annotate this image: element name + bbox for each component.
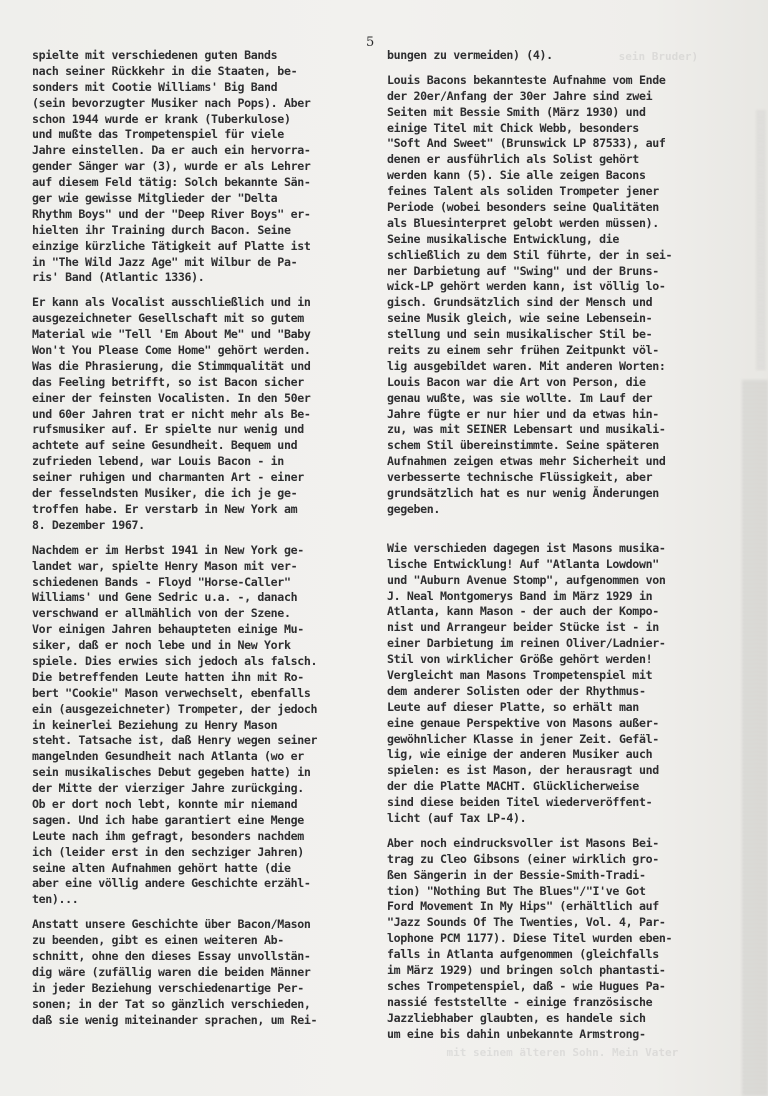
text-line: dig wäre (zufällig waren die beiden Männ… <box>32 965 372 981</box>
text-line: schnitt, ohne den dieses Essay unvollstä… <box>32 949 372 965</box>
paragraph: Anstatt unsere Geschichte über Bacon/Mas… <box>32 917 372 1028</box>
text-line: gisch. Grundsätzlich sind der Mensch und <box>387 295 727 311</box>
text-line: einer Darbietung im reinen Oliver/Ladnie… <box>387 636 727 652</box>
paragraph: spielte mit verschiedenen guten Bandsnac… <box>32 48 372 286</box>
text-line: der 20er/Anfang der 30er Jahre sind zwei <box>387 89 727 105</box>
text-line: Jahre fügte er nur hier und da etwas hin… <box>387 407 727 423</box>
text-line: im März 1929) und bringen solch phantast… <box>387 963 727 979</box>
text-line: siker, daß er noch lebe und in New York <box>32 638 372 654</box>
text-line: eine genaue Perspektive von Masons außer… <box>387 716 727 732</box>
text-line: rufsmusiker auf. Er spielte nur wenig un… <box>32 422 372 438</box>
text-line: reits zu einem sehr frühen Zeitpunkt völ… <box>387 343 727 359</box>
text-line: nach seiner Rückkehr in die Staaten, be- <box>32 64 372 80</box>
text-line: Louis Bacons bekannteste Aufnahme vom En… <box>387 73 727 89</box>
text-line: Won't You Please Come Home" gehört werde… <box>32 343 372 359</box>
text-line: ner Darbietung auf "Swing" und der Bruns… <box>387 264 727 280</box>
text-line: Seiten mit Bessie Smith (März 1930) und <box>387 105 727 121</box>
text-line: Aufnahmen zeigen etwas mehr Sicherheit u… <box>387 454 727 470</box>
text-line: denen er ausführlich als Solist gehört <box>387 152 727 168</box>
text-line: licht (auf Tax LP-4). <box>387 811 727 827</box>
text-line: Aber noch eindrucksvoller ist Masons Bei… <box>387 836 727 852</box>
text-line: werden kann (5). Sie alle zeigen Bacons <box>387 168 727 184</box>
text-line: achtete auf seine Gesundheit. Bequem und <box>32 438 372 454</box>
text-line: schem Stil übereinstimmte. Seine spätere… <box>387 438 727 454</box>
text-line: in jeder Beziehung verschiedenartige Per… <box>32 981 372 997</box>
text-line: Williams' und Gene Sedric u.a. -, danach <box>32 590 372 606</box>
text-line: spielte mit verschiedenen guten Bands <box>32 48 372 64</box>
text-line: der Mitte der vierziger Jahre zurückging… <box>32 781 372 797</box>
text-line: um eine bis dahin unbekannte Armstrong- <box>387 1027 727 1043</box>
text-line: Material wie "Tell 'Em About Me" und "Ba… <box>32 327 372 343</box>
text-line: ten)... <box>32 892 372 908</box>
text-line: seine Musik gleich, wie seine Lebensein- <box>387 311 727 327</box>
text-line: "Soft And Sweet" (Brunswick LP 87533), a… <box>387 136 727 152</box>
text-line: ausgezeichneter Gesellschaft mit so gute… <box>32 311 372 327</box>
text-line: sonen; in der Tat so gänzlich verschiede… <box>32 997 372 1013</box>
paragraph: bungen zu vermeiden) (4). <box>387 48 727 64</box>
text-line: "Jazz Sounds Of The Twenties, Vol. 4, Pa… <box>387 915 727 931</box>
text-line: Jahre einstellen. Da er auch ein hervorr… <box>32 143 372 159</box>
text-line: steht. Tatsache ist, daß Henry wegen sei… <box>32 733 372 749</box>
paragraph: Wie verschieden dagegen ist Masons musik… <box>387 541 727 827</box>
text-line: zufrieden lebend, war Louis Bacon - in <box>32 454 372 470</box>
text-line: lische Entwicklung! Auf "Atlanta Lowdown… <box>387 557 727 573</box>
text-line: seine alten Aufnahmen gehört hatte (die <box>32 861 372 877</box>
text-line: als Bluesinterpret gelobt werden müssen)… <box>387 216 727 232</box>
text-line: feines Talent als soliden Trompeter jene… <box>387 184 727 200</box>
text-line: (sein bevorzugter Musiker nach Pops). Ab… <box>32 96 372 112</box>
text-line: Die betreffenden Leute hatten ihn mit Ro… <box>32 670 372 686</box>
text-line: J. Neal Montgomerys Band im März 1929 in <box>387 589 727 605</box>
left-column: spielte mit verschiedenen guten Bandsnac… <box>32 48 372 1037</box>
text-line: troffen habe. Er verstarb in New York am <box>32 502 372 518</box>
text-line: sind diese beiden Titel wiederveröffent- <box>387 795 727 811</box>
text-line: grundsätzlich hat es nur wenig Änderunge… <box>387 486 727 502</box>
text-line: spiele. Dies erwies sich jedoch als fals… <box>32 654 372 670</box>
text-line: spielen: es ist Mason, der herausragt un… <box>387 763 727 779</box>
text-line: lig ausgebildet waren. Mit anderen Worte… <box>387 359 727 375</box>
text-line: verschwand er allmählich von der Szene. <box>32 606 372 622</box>
text-line: in "The Wild Jazz Age" mit Wilbur de Pa- <box>32 255 372 271</box>
text-line: ris' Band (Atlantic 1336). <box>32 270 372 286</box>
text-line: einzige kürzliche Tätigkeit auf Platte i… <box>32 239 372 255</box>
text-line: Er kann als Vocalist ausschließlich und … <box>32 295 372 311</box>
paragraph: Er kann als Vocalist ausschließlich und … <box>32 295 372 533</box>
text-line: verbesserte technische Flüssigkeit, aber <box>387 470 727 486</box>
text-line: der die Platte MACHT. Glücklicherweise <box>387 779 727 795</box>
text-line: sonders mit Cootie Williams' Big Band <box>32 80 372 96</box>
text-line: Vergleicht man Masons Trompetenspiel mit <box>387 668 727 684</box>
text-line: ich (leider erst in den sechziger Jahren… <box>32 845 372 861</box>
right-column: bungen zu vermeiden) (4).Louis Bacons be… <box>387 48 727 1051</box>
text-line: der fesselndsten Musiker, die ich je ge- <box>32 486 372 502</box>
text-line: 8. Dezember 1967. <box>32 518 372 534</box>
text-line: aber eine völlig andere Geschichte erzäh… <box>32 876 372 892</box>
text-line: Jazzliebhaber glaubten, es handele sich <box>387 1011 727 1027</box>
text-line: lig, wie einige der anderen Musiker auch <box>387 747 727 763</box>
page-edge-shadow <box>742 380 768 1096</box>
text-line: schiedenen Bands - Floyd "Horse-Caller" <box>32 575 372 591</box>
text-line: in keinerlei Beziehung zu Henry Mason <box>32 718 372 734</box>
text-line: bert "Cookie" Mason verwechselt, ebenfal… <box>32 686 372 702</box>
text-line: Seine musikalische Entwicklung, die <box>387 232 727 248</box>
text-line: Rhythm Boys" und der "Deep River Boys" e… <box>32 207 372 223</box>
text-line: Ford Movement In My Hips" (erhältlich au… <box>387 899 727 915</box>
text-line: Leute nach ihm gefragt, besonders nachde… <box>32 829 372 845</box>
text-line: ger wie gewisse Mitglieder der "Delta <box>32 191 372 207</box>
text-line: gewöhnlicher Klasse in jener Zeit. Gefäl… <box>387 732 727 748</box>
text-line: gegeben. <box>387 502 727 518</box>
text-line: schon 1944 wurde er krank (Tuberkulose) <box>32 112 372 128</box>
text-line: das Feeling betrifft, so ist Bacon siche… <box>32 375 372 391</box>
text-line: genau wußte, was sie wollte. Im Lauf der <box>387 391 727 407</box>
text-line: zu beenden, gibt es einen weiteren Ab- <box>32 933 372 949</box>
text-line: wick-LP gehört werden kann, ist völlig l… <box>387 279 727 295</box>
text-line: auf diesem Feld tätig: Solch bekannte Sä… <box>32 175 372 191</box>
text-line: einige Titel mit Chick Webb, besonders <box>387 121 727 137</box>
paragraph: Louis Bacons bekannteste Aufnahme vom En… <box>387 73 727 518</box>
text-line: ein (ausgezeichneter) Trompeter, der jed… <box>32 702 372 718</box>
text-line: trag zu Cleo Gibsons (einer wirklich gro… <box>387 852 727 868</box>
text-line: Nachdem er im Herbst 1941 in New York ge… <box>32 543 372 559</box>
text-line: nassié feststellte - einige französische <box>387 995 727 1011</box>
text-line: Anstatt unsere Geschichte über Bacon/Mas… <box>32 917 372 933</box>
text-line: schließlich zu dem Stil führte, der in s… <box>387 248 727 264</box>
text-line: lophone PCM 1177). Diese Titel wurden eb… <box>387 931 727 947</box>
text-line: tion) "Nothing But The Blues"/"I've Got <box>387 884 727 900</box>
text-line: daß sie wenig miteinander sprachen, um R… <box>32 1013 372 1029</box>
text-line: ßen Sängerin in der Bessie-Smith-Tradi- <box>387 868 727 884</box>
text-line: einer der feinsten Vocalisten. In den 50… <box>32 391 372 407</box>
text-line: Atlanta, kann Mason - der auch der Kompo… <box>387 604 727 620</box>
text-line: Vor einigen Jahren behaupteten einige Mu… <box>32 622 372 638</box>
text-line: Leute auf dieser Platte, so erhält man <box>387 700 727 716</box>
text-line: nist und Arrangeur beider Stücke ist - i… <box>387 620 727 636</box>
text-line: mangelnden Gesundheit nach Atlanta (wo e… <box>32 749 372 765</box>
page-edge-shadow-upper <box>756 110 766 370</box>
text-line: Wie verschieden dagegen ist Masons musik… <box>387 541 727 557</box>
text-line: bungen zu vermeiden) (4). <box>387 48 727 64</box>
text-line: sagen. Und ich habe garantiert eine Meng… <box>32 813 372 829</box>
paragraph: Aber noch eindrucksvoller ist Masons Bei… <box>387 836 727 1043</box>
text-line: Was die Phrasierung, die Stimmqualität u… <box>32 359 372 375</box>
text-line: sches Trompetenspiel, daß - wie Hugues P… <box>387 979 727 995</box>
text-line: landet war, spielte Henry Mason mit ver- <box>32 559 372 575</box>
scanned-page: sein Bruder) mit seinem älteren Sohn. Me… <box>0 0 768 1096</box>
text-line: und "Auburn Avenue Stomp", aufgenommen v… <box>387 573 727 589</box>
text-line: stellung und sein musikalischer Stil be- <box>387 327 727 343</box>
text-line: Ob er dort noch lebt, konnte mir niemand <box>32 797 372 813</box>
text-line: und 60er Jahren trat er nicht mehr als B… <box>32 407 372 423</box>
paragraph: Nachdem er im Herbst 1941 in New York ge… <box>32 543 372 908</box>
text-line: zu, was mit SEINER Lebensart und musikal… <box>387 422 727 438</box>
text-line: und mußte das Trompetenspiel für viele <box>32 127 372 143</box>
text-line: seiner ruhigen und charmanten Art - eine… <box>32 470 372 486</box>
text-line: gender Sänger war (3), wurde er als Lehr… <box>32 159 372 175</box>
text-line: hielten ihr Training durch Bacon. Seine <box>32 223 372 239</box>
text-line: Louis Bacon war die Art von Person, die <box>387 375 727 391</box>
text-line: sein musikalisches Debut gegeben hatte) … <box>32 765 372 781</box>
text-line: Periode (wobei besonders seine Qualitäte… <box>387 200 727 216</box>
text-line: Stil von wirklicher Größe gehört werden! <box>387 652 727 668</box>
text-line: dem anderer Solisten oder der Rhythmus- <box>387 684 727 700</box>
text-line: falls in Atlanta aufgenommen (gleichfall… <box>387 947 727 963</box>
